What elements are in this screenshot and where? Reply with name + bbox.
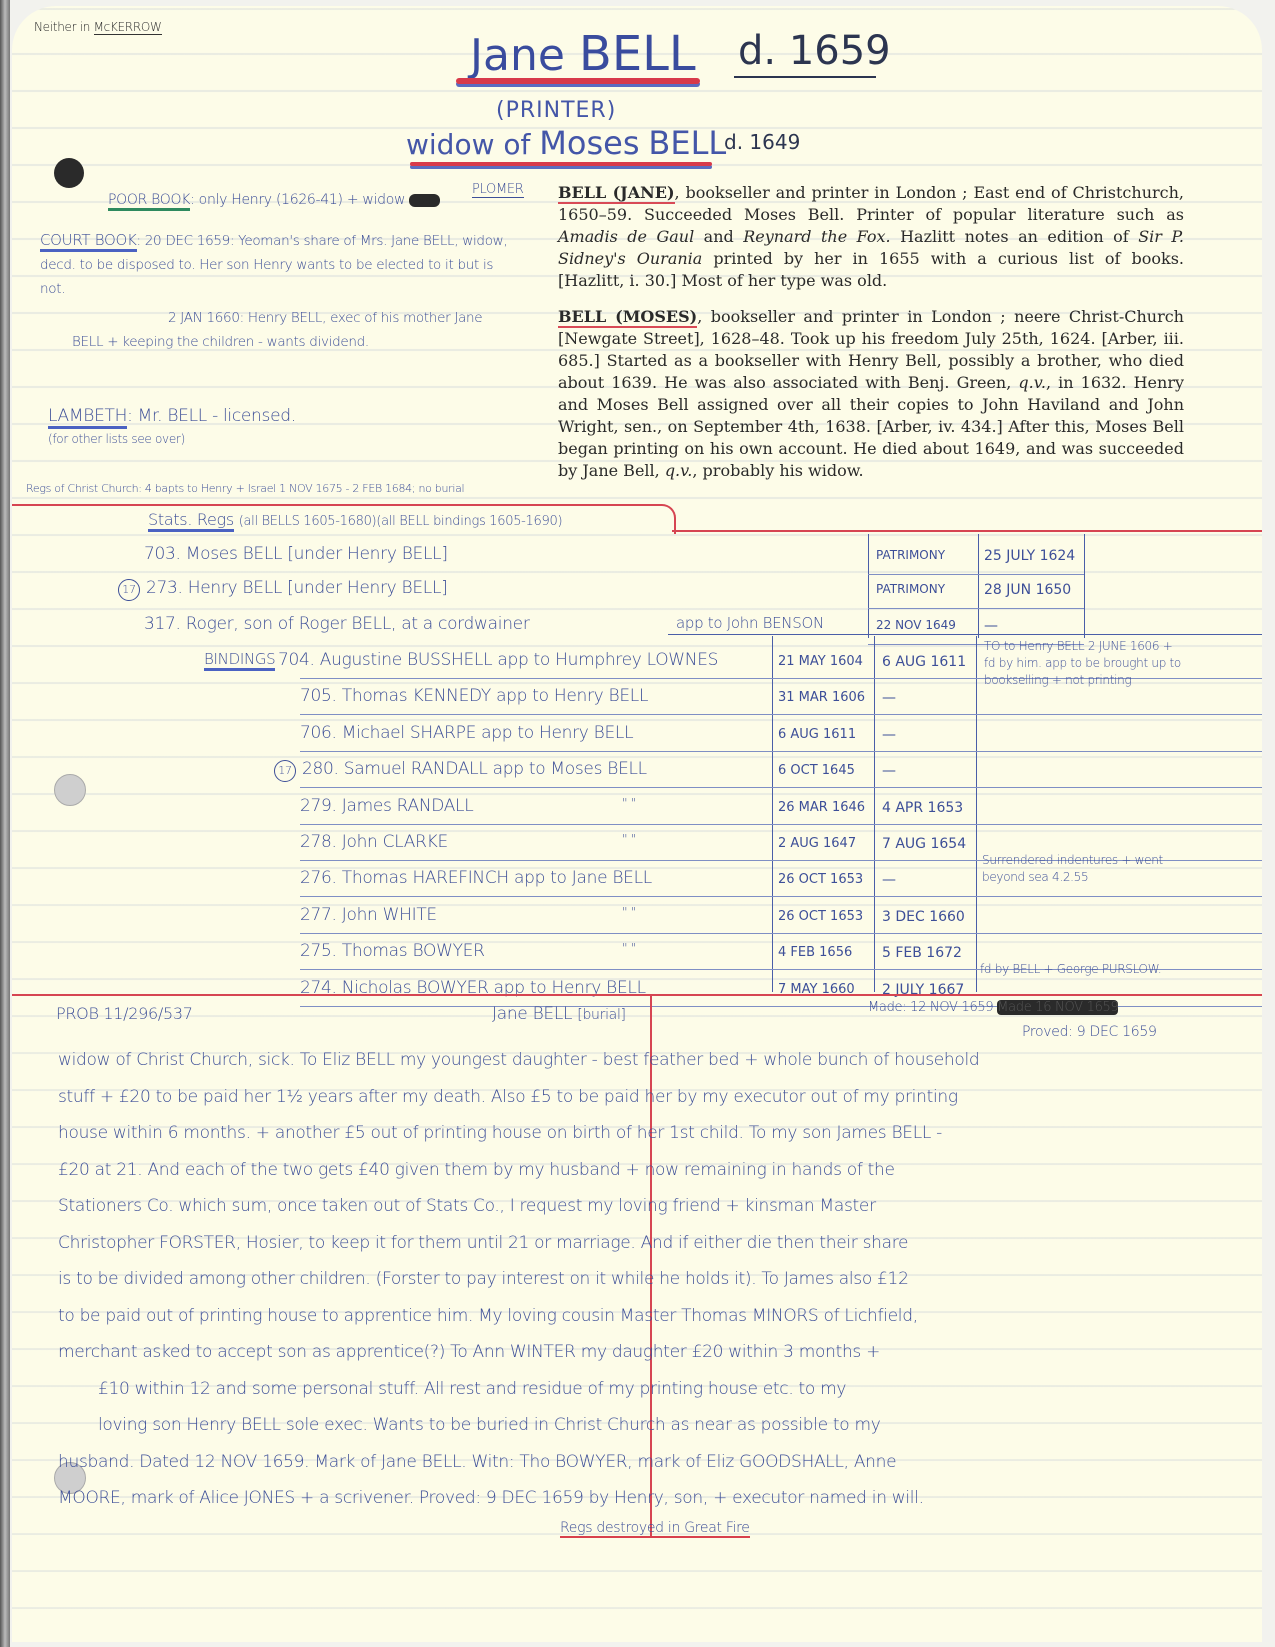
table-rule xyxy=(868,574,1084,575)
section-divider xyxy=(12,504,652,506)
binder-edge xyxy=(0,0,10,1647)
will-line: Christopher FORSTER, Hosier, to keep it … xyxy=(58,1225,1198,1262)
row-rule xyxy=(300,896,1262,897)
binding-row: 275. Thomas BOWYER xyxy=(300,941,485,961)
punch-hole xyxy=(54,774,86,806)
will-made-struck: Made 16 NOV 1659 xyxy=(997,1000,1118,1015)
table-rule xyxy=(772,636,773,992)
widow-death-date: d. 1649 xyxy=(724,130,800,154)
table-rule xyxy=(976,636,977,992)
stats-regs-range-bells: (all BELLS 1605-1680) xyxy=(239,514,377,529)
stats-regs-label: Stats. Regs xyxy=(148,510,234,532)
freedom-entry: 273. Henry BELL [under Henry BELL] xyxy=(146,578,448,598)
page-title: Jane BELL xyxy=(470,26,696,82)
widow-of-first: Moses xyxy=(539,124,639,162)
plomer-jane-entry: BELL (JANE), bookseller and printer in L… xyxy=(558,182,1184,292)
freedom-row: 317. Roger, son of Roger BELL, at a cord… xyxy=(118,614,530,634)
will-line: is to be divided among other children. (… xyxy=(58,1261,1198,1298)
widow-of-line: widow of Moses BELL xyxy=(406,124,726,162)
binding-entry: 280. Samuel RANDALL app to Moses BELL xyxy=(302,759,647,779)
bindings-label: BINDINGS xyxy=(204,650,275,671)
lambeth-see-over: (for other lists see over) xyxy=(48,432,185,446)
circled-marker: 17 xyxy=(274,760,296,782)
widow-of-last: BELL xyxy=(648,124,726,162)
will-line: merchant asked to accept son as apprenti… xyxy=(58,1334,1198,1371)
row-rule xyxy=(300,933,1262,934)
binding-entry: 275. Thomas BOWYER xyxy=(300,941,485,961)
remark-harefinch: Surrendered indentures + went beyond sea… xyxy=(982,852,1192,886)
binding-date: 6 AUG 1611 xyxy=(778,727,856,742)
binding-entry: 705. Thomas KENNEDY app to Henry BELL xyxy=(300,686,648,706)
will-line: loving son Henry BELL sole exec. Wants t… xyxy=(58,1407,1198,1444)
lambeth-text: : Mr. BELL - licensed. xyxy=(127,406,296,426)
freed-date: 3 DEC 1660 xyxy=(882,909,965,925)
section-divider xyxy=(12,994,1262,996)
binding-date: 26 OCT 1653 xyxy=(778,909,863,924)
will-line: MOORE, mark of Alice JONES + a scrivener… xyxy=(58,1480,1198,1517)
book-title: Amadis de Gaul xyxy=(558,227,694,246)
jane-entry-text: Hazlitt notes an edition of xyxy=(891,227,1139,246)
binding-date: 21 MAY 1604 xyxy=(778,654,863,669)
poor-book-text: : only Henry (1626-41) + widow xyxy=(190,192,405,208)
binding-row: 704. Augustine BUSSHELL app to Humphrey … xyxy=(278,650,718,670)
section-divider xyxy=(672,530,1262,532)
title-first-name: Jane xyxy=(470,30,565,81)
court-book-entry-2: 2 JAN 1660: Henry BELL, exec of his moth… xyxy=(72,306,512,354)
binding-row: 276. Thomas HAREFINCH app to Jane BELL xyxy=(300,868,652,888)
widow-prefix: widow of xyxy=(406,128,530,161)
will-title: Jane BELL [burial] xyxy=(492,1004,626,1024)
freed-date: — xyxy=(882,872,896,888)
ditto-mark: " " xyxy=(622,941,636,955)
book-title: Reynard the Fox. xyxy=(743,227,890,246)
table-rule xyxy=(978,534,979,638)
will-line: house within 6 months. + another £5 out … xyxy=(58,1115,1198,1152)
binding-date: 2 AUG 1647 xyxy=(778,836,856,851)
freedom-row: 703. Moses BELL [under Henry BELL] xyxy=(118,544,448,564)
occupation-label: (PRINTER) xyxy=(496,98,616,123)
ditto-mark: " " xyxy=(622,796,636,810)
will-title-note: [burial] xyxy=(577,1007,625,1023)
ditto-mark: " " xyxy=(622,905,636,919)
binding-date: 4 FEB 1656 xyxy=(778,945,852,960)
row-rule xyxy=(300,824,1262,825)
court-book-label: COURT BOOK xyxy=(40,231,137,252)
remark-busshell: TO to Henry BELL 2 JUNE 1606 + fd by him… xyxy=(984,638,1184,689)
will-line: £20 at 21. And each of the two gets £40 … xyxy=(58,1152,1198,1189)
binding-date: 26 OCT 1653 xyxy=(778,872,863,887)
will-footer-note: Regs destroyed in Great Fire xyxy=(560,1520,750,1538)
moses-entry-head: BELL (MOSES) xyxy=(558,307,697,328)
circled-marker: 17 xyxy=(118,579,140,601)
jane-entry-head: BELL (JANE) xyxy=(558,183,675,204)
binding-entry: 276. Thomas HAREFINCH app to Jane BELL xyxy=(300,868,652,888)
death-date: d. 1659 xyxy=(738,28,891,74)
freedom-date: — xyxy=(984,618,998,634)
will-line: widow of Christ Church, sick. To Eliz BE… xyxy=(58,1042,1198,1079)
binding-date: 31 MAR 1606 xyxy=(778,690,865,705)
freed-date: 5 FEB 1672 xyxy=(882,945,962,961)
table-rule xyxy=(868,608,1084,609)
freed-date: 6 AUG 1611 xyxy=(882,654,966,670)
freed-date: — xyxy=(882,727,896,743)
title-underline xyxy=(456,78,700,84)
binding-entry: 706. Michael SHARPE app to Henry BELL xyxy=(300,723,633,743)
qv-ref: q.v. xyxy=(665,461,693,480)
corner-note: Neither in McKERROW xyxy=(34,20,162,34)
row-rule xyxy=(300,714,1262,715)
table-rule xyxy=(1084,534,1085,638)
widow-underline xyxy=(410,162,712,166)
christ-church-regs-note: Regs of Christ Church: 4 bapts to Henry … xyxy=(26,482,464,495)
index-card: Neither in McKERROW Jane BELL d. 1659 (P… xyxy=(12,6,1262,1642)
poor-book-note: POOR BOOK: only Henry (1626-41) + widow … xyxy=(108,192,440,208)
corner-note-ref: McKERROW xyxy=(94,20,162,35)
divider-curve xyxy=(648,504,676,534)
freed-date: — xyxy=(882,763,896,779)
binding-row: 705. Thomas KENNEDY app to Henry BELL xyxy=(300,686,648,706)
will-reference: PROB 11/296/537 xyxy=(56,1004,193,1023)
binding-row: 706. Michael SHARPE app to Henry BELL xyxy=(300,723,633,743)
freed-date: — xyxy=(882,690,896,706)
freedom-date: 25 JULY 1624 xyxy=(984,548,1075,564)
table-rule xyxy=(868,534,869,638)
will-title-name: Jane BELL xyxy=(492,1004,572,1024)
lambeth-note: LAMBETH: Mr. BELL - licensed. xyxy=(48,406,296,426)
binding-entry: 704. Augustine BUSSHELL app to Humphrey … xyxy=(278,650,718,670)
binding-row: 17280. Samuel RANDALL app to Moses BELL xyxy=(274,759,647,782)
freed-date: 4 APR 1653 xyxy=(882,800,963,816)
death-underline xyxy=(734,76,876,78)
freed-date: 7 AUG 1654 xyxy=(882,836,966,852)
freedom-type: PATRIMONY xyxy=(876,582,945,596)
binding-row: 277. John WHITE xyxy=(300,905,437,925)
freedom-date: 28 JUN 1650 xyxy=(984,582,1071,598)
corner-note-prefix: Neither in xyxy=(34,20,90,34)
plomer-label: PLOMER xyxy=(472,182,524,198)
stats-regs-header: Stats. Regs (all BELLS 1605-1680)(all BE… xyxy=(148,510,562,529)
poor-book-label: POOR BOOK xyxy=(108,192,190,211)
remark-bowyer: fd by BELL + George PURSLOW. xyxy=(980,961,1180,978)
freedom-row: 17273. Henry BELL [under Henry BELL] xyxy=(118,578,448,601)
freedom-entry: 317. Roger, son of Roger BELL, at a cord… xyxy=(144,614,530,634)
will-line: husband. Dated 12 NOV 1659. Mark of Jane… xyxy=(58,1444,1198,1481)
will-line: £10 within 12 and some personal stuff. A… xyxy=(58,1371,1198,1408)
court-book-note: COURT BOOK: 20 DEC 1659: Yeoman's share … xyxy=(40,228,510,301)
will-made: Made: 12 NOV 1659 xyxy=(868,1000,993,1015)
binding-row: 278. John CLARKE xyxy=(300,832,448,852)
row-rule xyxy=(300,787,1262,788)
moses-entry-text: , probably his widow. xyxy=(692,461,863,480)
freedom-entry: 703. Moses BELL [under Henry BELL] xyxy=(144,544,448,564)
will-made-date: Made: 12 NOV 1659 Made 16 NOV 1659 xyxy=(868,1000,1118,1015)
plomer-moses-entry: BELL (MOSES), bookseller and printer in … xyxy=(558,306,1184,482)
freedom-master: app to John BENSON xyxy=(676,614,824,632)
binding-date: 26 MAR 1646 xyxy=(778,800,865,815)
title-last-name: BELL xyxy=(579,26,696,82)
table-rule xyxy=(874,636,875,992)
will-proved-date: Proved: 9 DEC 1659 xyxy=(1022,1024,1157,1040)
will-line: to be paid out of printing house to appr… xyxy=(58,1298,1198,1335)
table-rule xyxy=(668,634,1262,635)
will-abstract: widow of Christ Church, sick. To Eliz BE… xyxy=(58,1042,1198,1517)
binding-entry: 278. John CLARKE xyxy=(300,832,448,852)
freedom-type: 22 NOV 1649 xyxy=(876,618,956,632)
jane-entry-text: and xyxy=(694,227,743,246)
will-line: Stationers Co. which sum, once taken out… xyxy=(58,1188,1198,1225)
binding-row: 279. James RANDALL xyxy=(300,796,473,816)
ink-blot: 1641 xyxy=(409,194,440,207)
row-rule xyxy=(300,751,1262,752)
binding-entry: 279. James RANDALL xyxy=(300,796,473,816)
ditto-mark: " " xyxy=(622,832,636,846)
punch-hole xyxy=(54,158,84,188)
will-line: stuff + £20 to be paid her 1½ years afte… xyxy=(58,1079,1198,1116)
qv-ref: q.v. xyxy=(1018,373,1046,392)
binding-entry: 277. John WHITE xyxy=(300,905,437,925)
lambeth-label: LAMBETH xyxy=(48,406,127,429)
stats-regs-range-bindings: (all BELL bindings 1605-1690) xyxy=(376,514,562,529)
binding-date: 6 OCT 1645 xyxy=(778,763,855,778)
freedom-type: PATRIMONY xyxy=(876,548,945,562)
